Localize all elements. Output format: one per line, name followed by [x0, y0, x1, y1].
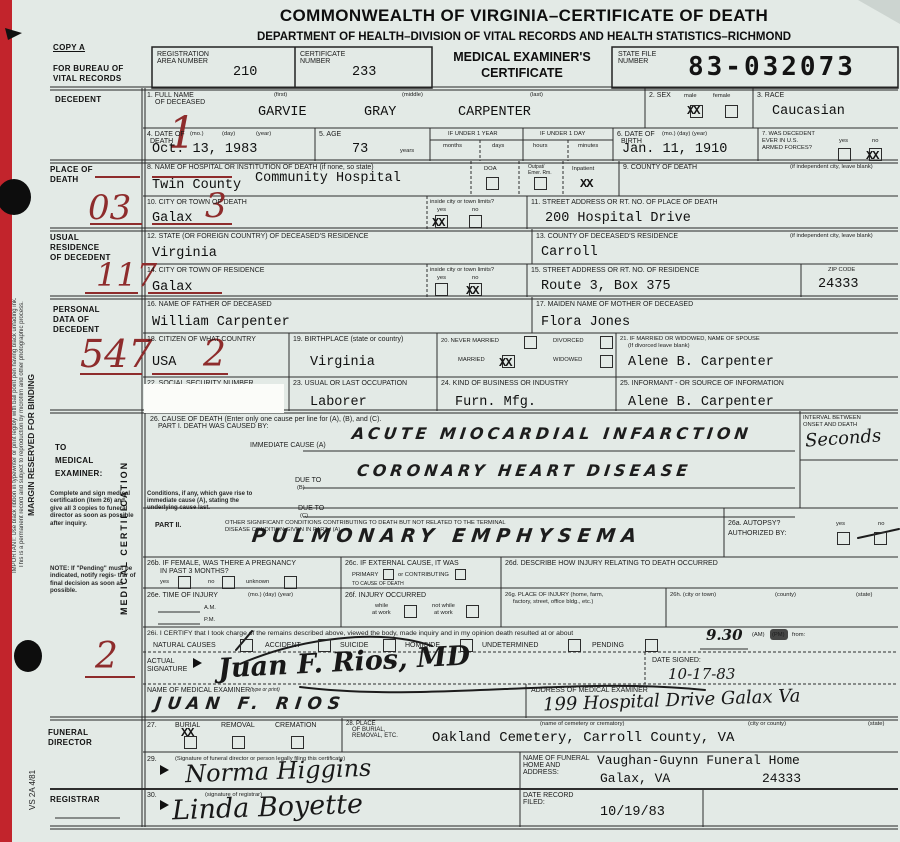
checkbox-contributing	[455, 569, 466, 580]
checkbox-death-limits-no	[469, 215, 482, 228]
ink-smudge	[5, 28, 22, 40]
checkbox-widowed	[600, 355, 613, 368]
pregnancy-label2: IN PAST 3 MONTHS?	[160, 568, 229, 576]
last-hint: (last)	[530, 92, 543, 99]
checkbox-not-while-at-work	[466, 605, 479, 618]
checkbox-primary	[383, 569, 394, 580]
street-of-death-value: 200 Hospital Drive	[545, 212, 691, 226]
res-limits-no: no	[472, 275, 478, 282]
cause-line-a-handwriting: ACUTE MIOCARDIAL INFARCTION	[351, 424, 753, 443]
divorced-label: DIVORCED	[553, 338, 584, 345]
burial-city-hint: (city or county)	[748, 721, 786, 728]
important-note-line2: This is a permanent record and subject t…	[19, 195, 25, 675]
checkbox-while-at-work	[404, 605, 417, 618]
injury-county-label: (county)	[775, 592, 796, 599]
place-of-burial-value: Oakland Cemetery, Carroll County, VA	[432, 731, 734, 745]
decedent-middle-name: GRAY	[364, 106, 396, 120]
conditions-note: Conditions, if any, which gave rise to i…	[147, 491, 265, 513]
time-of-injury-label: 26e. TIME OF INJURY	[147, 592, 218, 600]
mother-value: Flora Jones	[541, 316, 630, 330]
birthplace-value: Virginia	[310, 356, 375, 370]
registrar-sig-arrow-icon	[160, 800, 169, 810]
checkbox-autopsy-yes	[837, 532, 850, 545]
death-limits-no: no	[472, 207, 478, 214]
city-of-death-label: 10. CITY OR TOWN OF DEATH	[147, 199, 247, 207]
age-label: 5. AGE	[319, 131, 341, 139]
certify-text: 26i. I CERTIFY that I took charge of the…	[147, 630, 573, 638]
business-label: 24. KIND OF BUSINESS OR INDUSTRY	[441, 380, 568, 388]
am-label: A.M.	[204, 605, 216, 612]
hours-label: hours	[533, 143, 548, 150]
checkbox-doa	[486, 177, 499, 190]
side-label-place-of-death-2: DEATH	[50, 175, 78, 185]
cause-line-b-handwriting: CORONARY HEART DISEASE	[356, 461, 693, 480]
checkbox-sex-female	[725, 105, 738, 118]
spouse-value: Alene B. Carpenter	[628, 356, 774, 370]
copy-a-label: COPY A	[53, 43, 85, 53]
mark-armed-forces-no: XX	[866, 149, 878, 163]
mother-label: 17. MAIDEN NAME OF MOTHER OF DECEASED	[536, 301, 693, 309]
outpatient-label2: Emer. Rm.	[528, 170, 552, 176]
certify-am: (AM)	[752, 632, 765, 639]
pregnancy-unknown-label: unknown	[246, 579, 269, 586]
side-label-personal-data-1: PERSONAL	[53, 305, 100, 315]
checkbox-pending	[645, 639, 658, 652]
part-two-handwriting: PULMONARY EMPHYSEMA	[251, 525, 644, 547]
bureau-label-2: VITAL RECORDS	[53, 74, 122, 84]
residence-street-value: Route 3, Box 375	[541, 280, 671, 294]
widowed-label: WIDOWED	[553, 357, 582, 364]
city-of-death-value: Galax	[152, 212, 193, 226]
immediate-cause-label: IMMEDIATE CAUSE (A)	[250, 442, 326, 450]
describe-injury-label: 26d. DESCRIBE HOW INJURY RELATING TO DEA…	[505, 560, 718, 568]
funeral-home-zip: 24333	[762, 772, 801, 785]
place-of-injury-label2: factory, street, office bldg., etc.)	[513, 599, 593, 606]
date-filed-label2: FILED:	[523, 799, 545, 807]
ssn-redaction	[144, 384, 284, 413]
form-title: COMMONWEALTH OF VIRGINIA–CERTIFICATE OF …	[150, 6, 898, 26]
armed-forces-label1: 7. WAS DECEDENT	[762, 131, 815, 138]
mark-res-limits-no: XX	[466, 284, 478, 298]
informant-value: Alene B. Carpenter	[628, 396, 774, 410]
binding-margin-text: MARGIN RESERVED FOR BINDING	[26, 320, 36, 570]
checkbox-never-married	[524, 336, 537, 349]
interval-label1: INTERVAL BETWEEN	[803, 415, 861, 422]
sex-label: 2. SEX	[649, 92, 671, 100]
place-of-injury-label1: 26g. PLACE OF INJURY (home, farm,	[505, 592, 603, 599]
sex-female-label: female	[713, 93, 730, 100]
examiner-pending-note: NOTE: If "Pending" must be indicated, no…	[50, 565, 138, 595]
armed-forces-yes-label: yes	[839, 138, 848, 145]
signature-arrow-icon	[193, 658, 202, 668]
birthplace-label: 19. BIRTHPLACE (state or country)	[293, 336, 403, 344]
checkbox-divorced	[600, 336, 613, 349]
checkbox-natural-causes	[240, 639, 253, 652]
removal-label: REMOVAL	[221, 722, 255, 730]
side-label-decedent: DECEDENT	[55, 95, 101, 105]
days-label: days	[492, 143, 504, 150]
armed-forces-no-label: no	[872, 138, 878, 145]
checkbox-burial	[184, 736, 197, 749]
certify-time-handwriting: 9.30	[706, 626, 743, 644]
burial-item-number: 27.	[147, 722, 157, 730]
residence-state-label: 12. STATE (OR FOREIGN COUNTRY) OF DECEAS…	[147, 233, 368, 241]
first-hint: (first)	[274, 92, 287, 99]
important-note-line1: IMPORTANT: Use black ribbon in typewrite…	[12, 195, 18, 675]
examiner-instructions: Complete and sign medical certification …	[50, 490, 138, 527]
mark-inpatient: XX	[580, 177, 592, 191]
race-label: 3. RACE	[757, 92, 784, 100]
side-label-registrar: REGISTRAR	[50, 795, 100, 805]
pm-label: P.M.	[204, 617, 215, 624]
funeral-home-city: Galax, VA	[600, 772, 670, 785]
certify-from: from:	[792, 632, 805, 639]
race-value: Caucasian	[772, 105, 845, 119]
checkbox-outpatient	[534, 177, 547, 190]
state-file-label2: NUMBER	[618, 58, 648, 66]
sex-male-label: male	[684, 93, 697, 100]
side-label-funeral-2: DIRECTOR	[48, 738, 92, 748]
informant-label: 25. INFORMANT - OR SOURCE OF INFORMATION	[620, 380, 784, 388]
medical-examiners-line2: CERTIFICATE	[432, 66, 612, 80]
b-label: (B)	[297, 485, 305, 492]
registration-area-label2: AREA NUMBER	[157, 58, 208, 66]
while-label1: while	[375, 603, 388, 610]
contributing-label: or CONTRIBUTING	[398, 572, 449, 579]
natural-causes-label: NATURAL CAUSES	[153, 642, 216, 650]
examiner-name-hint: (type or print)	[250, 687, 280, 693]
autopsy-yes-label: yes	[836, 521, 845, 528]
certificate-number-label2: NUMBER	[300, 58, 330, 66]
full-name-label2: OF DECEASED	[155, 99, 205, 107]
dob-hints: (mo.) (day) (year)	[662, 131, 707, 138]
under-1-year-label: IF UNDER 1 YEAR	[448, 131, 498, 138]
side-label-usual-residence-2: RESIDENCE	[50, 243, 99, 253]
death-limits-yes: yes	[437, 207, 446, 214]
medical-certification-vertical-label: MEDICAL CERTIFICATION	[119, 420, 129, 655]
not-while-label2: at work	[434, 610, 453, 617]
date-filed-value: 10/19/83	[600, 806, 665, 820]
residence-state-value: Virginia	[152, 247, 217, 261]
citizen-value: USA	[152, 356, 176, 370]
checkbox-undetermined	[568, 639, 581, 652]
residence-city-value: Galax	[152, 281, 193, 295]
residence-street-label: 15. STREET ADDRESS OR RT. NO. OF RESIDEN…	[531, 267, 699, 275]
hospital-name-part1: Twin County	[152, 179, 241, 193]
checkbox-pregnancy-yes	[178, 576, 191, 589]
date-of-death-value: Oct. 13, 1983	[152, 143, 257, 157]
business-value: Furn. Mfg.	[455, 396, 536, 410]
occupation-label: 23. USUAL OR LAST OCCUPATION	[293, 380, 407, 388]
checkbox-pregnancy-unknown	[284, 576, 297, 589]
citizen-label: 18. CITIZEN OF WHAT COUNTRY	[147, 336, 256, 344]
county-of-death-label: 9. COUNTY OF DEATH	[623, 164, 697, 172]
side-label-to-medical-3: EXAMINER:	[55, 469, 103, 479]
age-value: 73	[352, 143, 368, 157]
form-grid-lines	[0, 0, 900, 842]
street-of-death-label: 11. STREET ADDRESS OR RT. NO. OF PLACE O…	[531, 199, 718, 207]
cemetery-hint: (name of cemetery or crematory)	[540, 721, 624, 728]
while-label2: at work	[372, 610, 391, 617]
pregnancy-no-label: no	[208, 579, 214, 586]
armed-forces-label3: ARMED FORCES?	[762, 145, 812, 152]
dod-year-hint: (year)	[256, 131, 271, 138]
registrar-item-number: 30.	[147, 792, 157, 800]
side-label-to-medical-2: MEDICAL	[55, 456, 94, 466]
to-cause-label: TO CAUSE OF DEATH	[352, 581, 404, 587]
checkbox-pregnancy-no	[222, 576, 235, 589]
injury-state-label: (state)	[856, 592, 872, 599]
minutes-label: minutes	[578, 143, 598, 150]
side-label-to-medical-1: TO	[55, 443, 67, 453]
spouse-label: 21. IF MARRIED OR WIDOWED, NAME OF SPOUS…	[620, 336, 760, 343]
checkbox-res-limits-yes	[435, 283, 448, 296]
pen-blot-over-pm	[770, 629, 788, 640]
res-limits-label: inside city or town limits?	[430, 267, 494, 274]
never-married-label: 20. NEVER MARRIED	[441, 338, 499, 345]
cremation-label: CREMATION	[275, 722, 316, 730]
bureau-label-1: FOR BUREAU OF	[53, 64, 124, 74]
not-while-label1: not while	[432, 603, 455, 610]
occupation-value: Laborer	[310, 396, 367, 410]
autopsy-label2: AUTHORIZED BY:	[728, 530, 786, 538]
autopsy-no-label: no	[878, 521, 884, 528]
examiner-name-handwriting: JUAN F. RIOS	[154, 694, 347, 714]
married-label: MARRIED	[458, 357, 485, 364]
mark-married: XX	[499, 356, 511, 370]
handwritten-code-med: 2	[95, 636, 118, 677]
registration-area-number: 210	[233, 66, 257, 80]
residence-city-label: 14. CITY OR TOWN OF RESIDENCE	[147, 267, 264, 275]
funeral-home-label3: ADDRESS:	[523, 769, 559, 777]
decedent-first-name: GARVIE	[258, 106, 307, 120]
res-limits-yes: yes	[437, 275, 446, 282]
zip-value: 24333	[818, 278, 859, 292]
spouse-label2: (If divorced leave blank)	[628, 343, 690, 350]
checkbox-removal	[232, 736, 245, 749]
autopsy-label1: 26a. AUTOPSY?	[728, 520, 780, 528]
checkbox-cremation	[291, 736, 304, 749]
handwritten-code-pod: 03	[88, 188, 131, 228]
dod-day-hint: (day)	[222, 131, 235, 138]
death-limits-label: inside city or town limits?	[430, 199, 494, 206]
primary-label: PRIMARY	[352, 572, 378, 579]
mark-sex-male: XX	[687, 104, 699, 118]
residence-county-indep-hint: (if independent city, leave blank)	[790, 233, 873, 240]
funeral-home-name: Vaughan-Guynn Funeral Home	[597, 754, 800, 767]
form-number: VS 2A 4/81	[28, 750, 37, 830]
under-1-day-label: IF UNDER 1 DAY	[540, 131, 585, 138]
mark-death-limits-yes: XX	[432, 216, 444, 230]
burial-state-hint: (state)	[868, 721, 884, 728]
residence-county-label: 13. COUNTY OF DECEASED'S RESIDENCE	[536, 233, 678, 241]
time-of-injury-hints: (mo.) (day) (year)	[248, 592, 293, 599]
side-label-usual-residence-1: USUAL	[50, 233, 79, 243]
death-certificate-scan: COMMONWEALTH OF VIRGINIA–CERTIFICATE OF …	[0, 0, 900, 842]
injury-city-label: 26h. (city or town)	[670, 592, 716, 599]
father-label: 16. NAME OF FATHER OF DECEASED	[147, 301, 272, 309]
form-subtitle: DEPARTMENT OF HEALTH–DIVISION OF VITAL R…	[150, 31, 898, 43]
undetermined-label: UNDETERMINED	[482, 642, 538, 650]
checkbox-autopsy-no	[874, 532, 887, 545]
external-cause-label: 26c. IF EXTERNAL CAUSE, IT WAS	[345, 560, 459, 568]
armed-forces-label2: EVER IN U.S.	[762, 138, 798, 145]
medical-examiners-line1: MEDICAL EXAMINER'S	[432, 50, 612, 64]
part-one-label: PART I. DEATH WAS CAUSED BY:	[158, 423, 268, 431]
funeral-sig-arrow-icon	[160, 765, 169, 775]
side-label-funeral-1: FUNERAL	[48, 728, 88, 738]
state-file-number: 83-032073	[688, 52, 856, 82]
pending-label: PENDING	[592, 642, 624, 650]
c-label: (C)	[300, 513, 308, 520]
county-death-indep-hint: (if independent city, leave blank)	[790, 164, 873, 171]
side-label-personal-data-2: DATA OF	[53, 315, 89, 325]
age-years-label: years	[400, 148, 414, 155]
actual-signature-label2: SIGNATURE	[147, 666, 187, 674]
certificate-number: 233	[352, 66, 376, 80]
dod-mo-hint: (mo.)	[190, 131, 204, 138]
side-label-place-of-death-1: PLACE OF	[50, 165, 93, 175]
handwritten-code-pd: 547	[80, 332, 153, 376]
father-value: William Carpenter	[152, 316, 290, 330]
place-of-burial-label3: REMOVAL, ETC.	[352, 733, 398, 740]
zip-label: ZIP CODE	[828, 267, 855, 274]
part-two-label: PART II.	[155, 522, 181, 530]
hospital-name-part2: Community Hospital	[255, 172, 401, 186]
pregnancy-yes-label: yes	[160, 579, 169, 586]
residence-county-value: Carroll	[541, 246, 598, 260]
checkbox-armed-forces-yes	[838, 148, 851, 161]
doa-label: DOA	[484, 166, 497, 173]
decedent-last-name: CARPENTER	[458, 106, 531, 120]
inpatient-label: Inpatient	[572, 166, 594, 173]
injury-occurred-label: 26f. INJURY OCCURRED	[345, 592, 426, 600]
date-of-birth-value: Jan. 11, 1910	[622, 143, 727, 157]
date-signed-value-handwriting: 10-17-83	[668, 665, 735, 683]
middle-hint: (middle)	[402, 92, 423, 99]
months-label: months	[443, 143, 462, 150]
funeral-sig-item-number: 29.	[147, 756, 157, 764]
